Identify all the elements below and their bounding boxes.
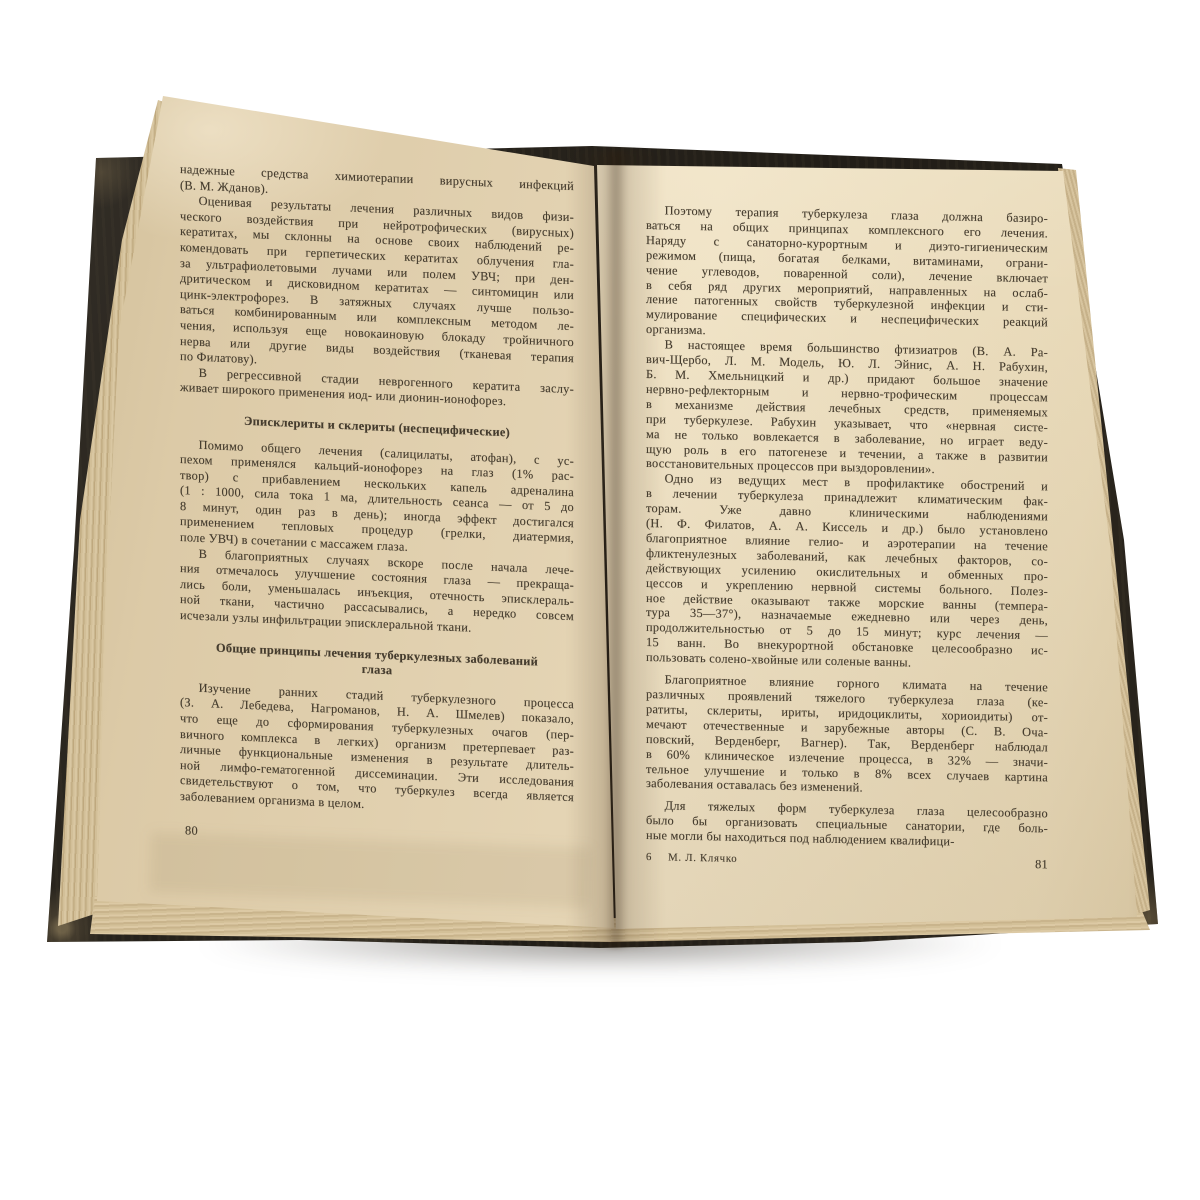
left-page-body: надежные средства химиотерапии вирусных … (180, 162, 574, 822)
signature-author: М. Л. Клячко (668, 852, 737, 865)
paragraph: Благоприятное влияние горного климата на… (646, 672, 1048, 800)
signature-mark: 6М. Л. Клячко (646, 850, 737, 867)
paragraph: Одно из ведущих мест в профилактике обос… (646, 471, 1048, 673)
paragraph: Для тяжелых форм туберкулеза глаза целес… (646, 798, 1048, 851)
right-page-text: Поэтому терапия туберкулеза глаза должна… (646, 203, 1048, 873)
right-page-body: Поэтому терапия туберкулеза глаза должна… (646, 203, 1048, 851)
paragraph: Поэтому терапия туберкулеза глаза должна… (646, 203, 1048, 346)
paragraph: Изучение ранних стадий туберкулезного пр… (180, 680, 574, 822)
paragraph: В благоприятных случаях вскоре после нач… (180, 546, 574, 641)
book-spread-photo: надежные средства химиотерапии вирусных … (0, 0, 1200, 1200)
paragraph: Помимо общего лечения (салицилаты, атофа… (180, 437, 574, 563)
left-page-text: надежные средства химиотерапии вирусных … (180, 162, 574, 855)
page-number-right: 81 (1035, 857, 1048, 872)
paragraph: В настоящее время большинство фтизиатров… (646, 337, 1048, 480)
section-heading: Общие принципы лечения туберкулезных заб… (180, 639, 574, 687)
signature-number: 6 (646, 851, 652, 863)
paragraph: Оценивая результаты лечения различных ви… (180, 193, 574, 382)
